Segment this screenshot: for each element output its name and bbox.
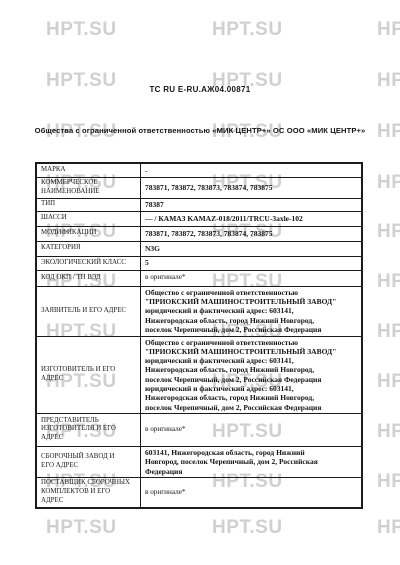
watermark-text: HPT.SU bbox=[377, 371, 400, 393]
row-okp-code: КОД ОКП / ТН ВЭД в оригинале* bbox=[36, 270, 362, 286]
row-marka: МАРКА - bbox=[36, 163, 362, 177]
watermark-text: HPT.SU bbox=[377, 172, 400, 194]
row-value: — / КАМАЗ KAMAZ-018/2011/TRCU-3axle-102 bbox=[141, 211, 363, 226]
row-applicant: ЗАЯВИТЕЛЬ И ЕГО АДРЕС Общество с огранич… bbox=[36, 286, 362, 336]
row-chassis: ШАССИ — / КАМАЗ KAMAZ-018/2011/TRCU-3axl… bbox=[36, 211, 362, 226]
row-value: - bbox=[141, 163, 363, 177]
row-label: КОД ОКП / ТН ВЭД bbox=[36, 270, 141, 286]
row-label: ШАССИ bbox=[36, 211, 141, 226]
watermark-text: HPT.SU bbox=[377, 271, 400, 293]
row-kit-supplier: ПОСТАВЩИК СБОРОЧНЫХ КОМПЛЕКТОВ И ЕГО АДР… bbox=[36, 477, 362, 508]
row-value: в оригинале* bbox=[141, 413, 363, 446]
row-value: в оригинале* bbox=[141, 270, 363, 286]
row-label: КОММЕРЧЕСКОЕ НАИМЕНОВАНИЕ bbox=[36, 177, 141, 198]
row-manufacturer-representative: ПРЕДСТАВИТЕЛЬ ИЗГОТОВИТЕЛЯ И ЕГО АДРЕС в… bbox=[36, 413, 362, 446]
row-label: ИЗГОТОВИТЕЛЬ И ЕГО АДРЕС bbox=[36, 336, 141, 413]
watermark-text: HPT.SU bbox=[212, 19, 283, 41]
row-label: ЗАЯВИТЕЛЬ И ЕГО АДРЕС bbox=[36, 286, 141, 336]
row-value: N3G bbox=[141, 241, 363, 256]
row-commercial-name: КОММЕРЧЕСКОЕ НАИМЕНОВАНИЕ 783871, 783872… bbox=[36, 177, 362, 198]
watermark-text: HPT.SU bbox=[377, 517, 400, 539]
watermark-text: HPT.SU bbox=[377, 421, 400, 443]
watermark-text: HPT.SU bbox=[46, 517, 117, 539]
row-manufacturer: ИЗГОТОВИТЕЛЬ И ЕГО АДРЕС Общество с огра… bbox=[36, 336, 362, 413]
row-value: 78387 bbox=[141, 198, 363, 211]
row-value: 603141, Нижегородская область, город Ниж… bbox=[141, 446, 363, 477]
row-label: ТИП bbox=[36, 198, 141, 211]
row-value: Общество с ограниченной ответственностью… bbox=[141, 336, 363, 413]
row-value: в оригинале* bbox=[141, 477, 363, 508]
row-label: ПОСТАВЩИК СБОРОЧНЫХ КОМПЛЕКТОВ И ЕГО АДР… bbox=[36, 477, 141, 508]
certificate-issuer-line: Общества с ограниченной ответственностью… bbox=[0, 126, 400, 135]
row-label: ПРЕДСТАВИТЕЛЬ ИЗГОТОВИТЕЛЯ И ЕГО АДРЕС bbox=[36, 413, 141, 446]
watermark-text: HPT.SU bbox=[212, 517, 283, 539]
row-value: 783871, 783872, 783873, 783874, 783875 bbox=[141, 226, 363, 241]
watermark-text: HPT.SU bbox=[377, 19, 400, 41]
row-value: 5 bbox=[141, 256, 363, 270]
row-label: КАТЕГОРИЯ bbox=[36, 241, 141, 256]
row-label: МОДИФИКАЦИИ bbox=[36, 226, 141, 241]
certificate-number: ТС RU E-RU.АЖ04.00871 bbox=[0, 85, 400, 94]
watermark-text: HPT.SU bbox=[46, 19, 117, 41]
row-eco-class: ЭКОЛОГИЧЕСКИЙ КЛАСС 5 bbox=[36, 256, 362, 270]
vehicle-spec-table: МАРКА - КОММЕРЧЕСКОЕ НАИМЕНОВАНИЕ 783871… bbox=[35, 162, 363, 509]
row-type: ТИП 78387 bbox=[36, 198, 362, 211]
row-modifications: МОДИФИКАЦИИ 783871, 783872, 783873, 7838… bbox=[36, 226, 362, 241]
row-value: Общество с ограниченной ответственностью… bbox=[141, 286, 363, 336]
watermark-text: HPT.SU bbox=[377, 321, 400, 343]
watermark-text: HPT.SU bbox=[377, 471, 400, 493]
row-category: КАТЕГОРИЯ N3G bbox=[36, 241, 362, 256]
row-label: МАРКА bbox=[36, 163, 141, 177]
watermark-text: HPT.SU bbox=[377, 221, 400, 243]
row-assembly-plant: СБОРОЧНЫЙ ЗАВОД И ЕГО АДРЕС 603141, Ниже… bbox=[36, 446, 362, 477]
document-page: HPT.SUHPT.SUHPT.SUHPT.SUHPT.SUHPT.SUHPT.… bbox=[0, 0, 400, 565]
row-value: 783871, 783872, 783873, 783874, 783875 bbox=[141, 177, 363, 198]
row-label: СБОРОЧНЫЙ ЗАВОД И ЕГО АДРЕС bbox=[36, 446, 141, 477]
row-label: ЭКОЛОГИЧЕСКИЙ КЛАСС bbox=[36, 256, 141, 270]
